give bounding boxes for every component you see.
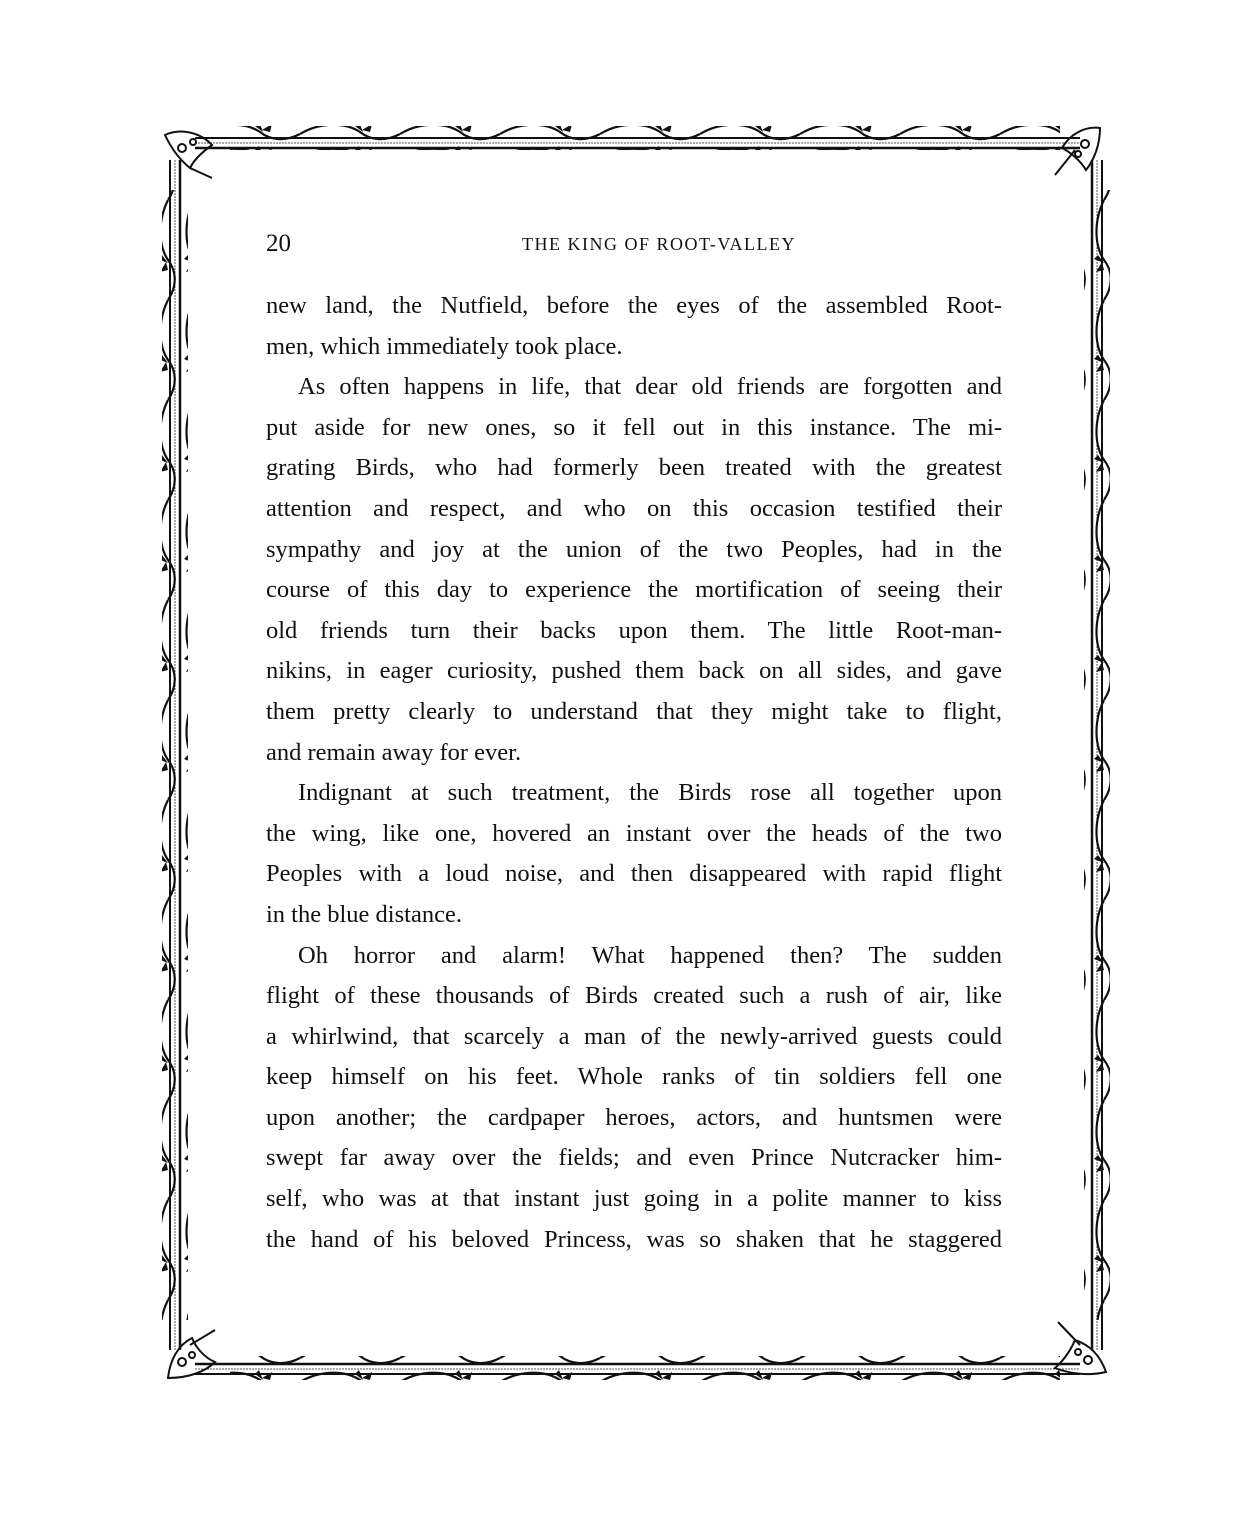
text-line: grating Birds, who had formerly been tre… (266, 448, 1002, 489)
text-line: men, which immediately took place. (266, 327, 1002, 368)
text-line: sympathy and joy at the union of the two… (266, 530, 1002, 571)
text-line: the wing, like one, hovered an instant o… (266, 814, 1002, 855)
frame-left (162, 160, 188, 1350)
text-line: the hand of his beloved Princess, was so… (266, 1220, 1002, 1261)
text-line: in the blue distance. (266, 895, 1002, 936)
text-line: Indignant at such treatment, the Birds r… (266, 773, 1002, 814)
text-line: Oh horror and alarm! What happened then?… (266, 936, 1002, 977)
text-line: Peoples with a loud noise, and then disa… (266, 854, 1002, 895)
text-line: flight of these thousands of Birds creat… (266, 976, 1002, 1017)
text-line: new land, the Nutfield, before the eyes … (266, 286, 1002, 327)
text-line: As often happens in life, that dear old … (266, 367, 1002, 408)
corner-ornament-bottom-right (1055, 1322, 1106, 1374)
corner-ornament-top-left (165, 132, 212, 178)
text-line: attention and respect, and who on this o… (266, 489, 1002, 530)
text-line: course of this day to experience the mor… (266, 570, 1002, 611)
page-header: 20 THE KING OF ROOT-VALLEY (266, 230, 1002, 260)
text-line: and remain away for ever. (266, 733, 1002, 774)
body-text: new land, the Nutfield, before the eyes … (266, 286, 1002, 1260)
text-line: them pretty clearly to understand that t… (266, 692, 1002, 733)
text-line: put aside for new ones, so it fell out i… (266, 408, 1002, 449)
text-line: swept far away over the fields; and even… (266, 1138, 1002, 1179)
frame-top (195, 126, 1080, 150)
text-line: old friends turn their backs upon them. … (266, 611, 1002, 652)
frame-bottom (195, 1356, 1080, 1380)
text-line: self, who was at that instant just going… (266, 1179, 1002, 1220)
text-line: nikins, in eager curiosity, pushed them … (266, 651, 1002, 692)
frame-right (1084, 160, 1110, 1350)
text-line: upon another; the cardpaper heroes, acto… (266, 1098, 1002, 1139)
text-line: a whirlwind, that scarcely a man of the … (266, 1017, 1002, 1058)
running-title: THE KING OF ROOT-VALLEY (266, 234, 1002, 255)
text-line: keep himself on his feet. Whole ranks of… (266, 1057, 1002, 1098)
